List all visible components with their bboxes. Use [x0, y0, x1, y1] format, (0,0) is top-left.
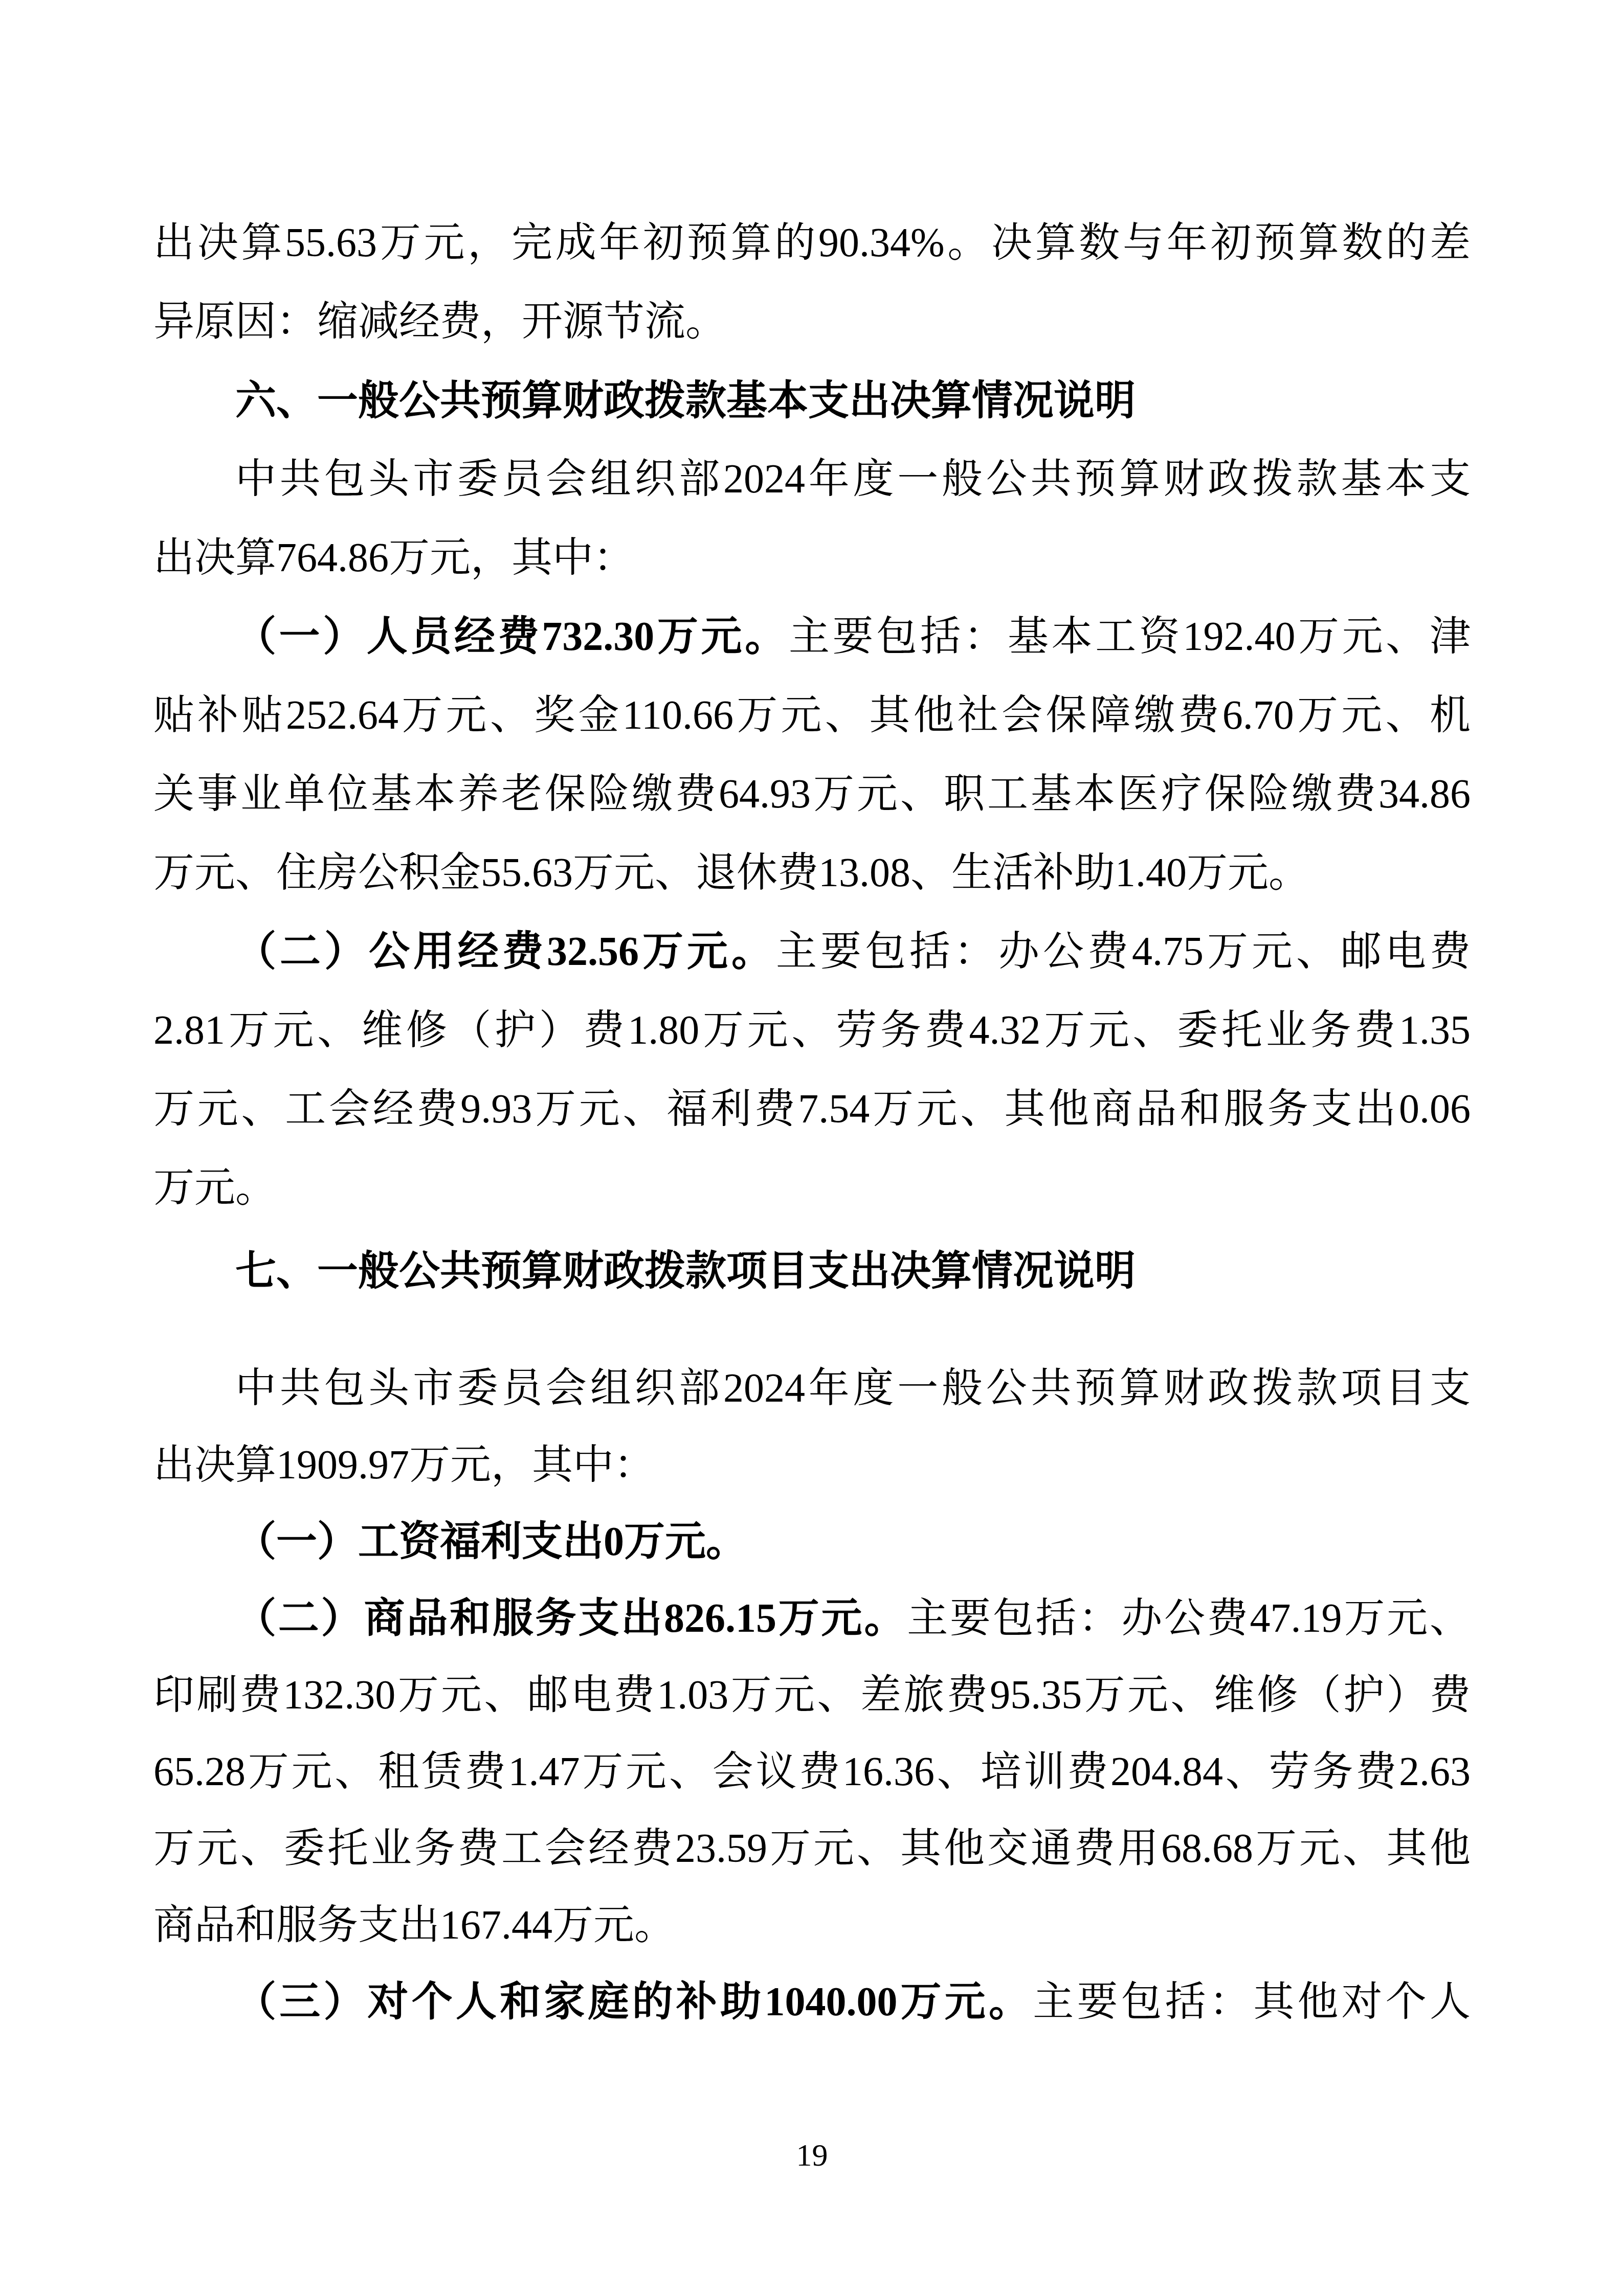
- text-segment: 2.81万元、维修（护）费1.80万元、劳务费4.32万元、委托业务费1.35: [153, 1008, 1471, 1053]
- text-segment: 中共包头市委员会组织部2024年度一般公共预算财政拨款基本支: [235, 457, 1471, 502]
- text-line: 万元。: [153, 1149, 1471, 1227]
- document-page: 出决算55.63万元，完成年初预算的90.34%。决算数与年初预算数的差异原因：…: [0, 0, 1624, 2296]
- text-line: 中共包头市委员会组织部2024年度一般公共预算财政拨款项目支: [153, 1350, 1471, 1427]
- text-segment: 出决算1909.97万元，其中：: [153, 1443, 655, 1488]
- text-line: 出决算764.86万元，其中：: [153, 519, 1471, 597]
- text-line: 65.28万元、租赁费1.47万元、会议费16.36、培训费204.84、劳务费…: [153, 1734, 1471, 1810]
- bold-text-segment: （二）公用经费32.56万元。: [235, 929, 776, 974]
- text-line: 万元、住房公积金55.63万元、退休费13.08、生活补助1.40万元。: [153, 834, 1471, 912]
- text-segment: 万元、住房公积金55.63万元、退休费13.08、生活补助1.40万元。: [153, 850, 1309, 895]
- page-footer: 19: [0, 2140, 1624, 2171]
- text-segment: 万元。: [153, 1165, 276, 1210]
- text-segment: 异原因：缩减经费，开源节流。: [153, 299, 726, 344]
- text-segment: 万元、工会经费9.93万元、福利费7.54万元、其他商品和服务支出0.06: [153, 1087, 1471, 1132]
- bold-text-segment: （一）工资福利支出0万元。: [235, 1519, 747, 1564]
- text-line: 印刷费132.30万元、邮电费1.03万元、差旅费95.35万元、维修（护）费: [153, 1657, 1471, 1734]
- bold-text-segment: 六、一般公共预算财政拨款基本支出决算情况说明: [235, 377, 1136, 423]
- bold-text-segment: （一）人员经费732.30万元。: [235, 614, 789, 659]
- bold-text-segment: 七、一般公共预算财政拨款项目支出决算情况说明: [235, 1248, 1136, 1293]
- text-segment: 出决算764.86万元，其中：: [153, 535, 634, 580]
- text-line: 中共包头市委员会组织部2024年度一般公共预算财政拨款基本支: [153, 440, 1471, 519]
- text-segment: 贴补贴252.64万元、奖金110.66万元、其他社会保障缴费6.70万元、机: [153, 693, 1471, 738]
- text-line: 异原因：缩减经费，开源节流。: [153, 282, 1471, 361]
- bold-text-segment: （三）对个人和家庭的补助1040.00万元。: [235, 1979, 1033, 2024]
- bold-text-segment: （二）商品和服务支出826.15万元。: [235, 1596, 907, 1641]
- text-segment: 万元、委托业务费工会经费23.59万元、其他交通费用68.68万元、其他: [153, 1826, 1471, 1871]
- text-segment: 印刷费132.30万元、邮电费1.03万元、差旅费95.35万元、维修（护）费: [153, 1673, 1471, 1718]
- text-line: 出决算1909.97万元，其中：: [153, 1427, 1471, 1503]
- text-segment: 主要包括：办公费47.19万元、: [907, 1596, 1471, 1641]
- text-line: （一）人员经费732.30万元。主要包括：基本工资192.40万元、津: [153, 597, 1471, 676]
- text-line: （一）工资福利支出0万元。: [153, 1503, 1471, 1580]
- text-segment: 主要包括：办公费4.75万元、邮电费: [776, 929, 1471, 974]
- text-segment: 出决算55.63万元，完成年初预算的90.34%。决算数与年初预算数的差: [153, 220, 1471, 265]
- text-line: 万元、工会经费9.93万元、福利费7.54万元、其他商品和服务支出0.06: [153, 1070, 1471, 1149]
- text-line: 关事业单位基本养老保险缴费64.93万元、职工基本医疗保险缴费34.86: [153, 755, 1471, 834]
- text-segment: 主要包括：其他对个人: [1033, 1979, 1471, 2024]
- text-line: （二）公用经费32.56万元。主要包括：办公费4.75万元、邮电费: [153, 912, 1471, 991]
- section-heading: 六、一般公共预算财政拨款基本支出决算情况说明: [153, 361, 1471, 440]
- text-line: 出决算55.63万元，完成年初预算的90.34%。决算数与年初预算数的差: [153, 204, 1471, 282]
- text-line: 商品和服务支出167.44万元。: [153, 1887, 1471, 1964]
- text-segment: 65.28万元、租赁费1.47万元、会议费16.36、培训费204.84、劳务费…: [153, 1749, 1471, 1794]
- text-line: 万元、委托业务费工会经费23.59万元、其他交通费用68.68万元、其他: [153, 1810, 1471, 1887]
- text-segment: 主要包括：基本工资192.40万元、津: [789, 614, 1471, 659]
- text-line: （三）对个人和家庭的补助1040.00万元。主要包括：其他对个人: [153, 1964, 1471, 2040]
- document-body: 出决算55.63万元，完成年初预算的90.34%。决算数与年初预算数的差异原因：…: [153, 204, 1471, 2040]
- text-segment: 中共包头市委员会组织部2024年度一般公共预算财政拨款项目支: [235, 1366, 1471, 1411]
- section-heading: 七、一般公共预算财政拨款项目支出决算情况说明: [153, 1231, 1471, 1310]
- text-segment: 关事业单位基本养老保险缴费64.93万元、职工基本医疗保险缴费34.86: [153, 772, 1471, 817]
- text-line: （二）商品和服务支出826.15万元。主要包括：办公费47.19万元、: [153, 1580, 1471, 1657]
- page-number: 19: [796, 2138, 828, 2173]
- text-line: 贴补贴252.64万元、奖金110.66万元、其他社会保障缴费6.70万元、机: [153, 676, 1471, 755]
- text-segment: 商品和服务支出167.44万元。: [153, 1903, 675, 1948]
- text-line: 2.81万元、维修（护）费1.80万元、劳务费4.32万元、委托业务费1.35: [153, 991, 1471, 1070]
